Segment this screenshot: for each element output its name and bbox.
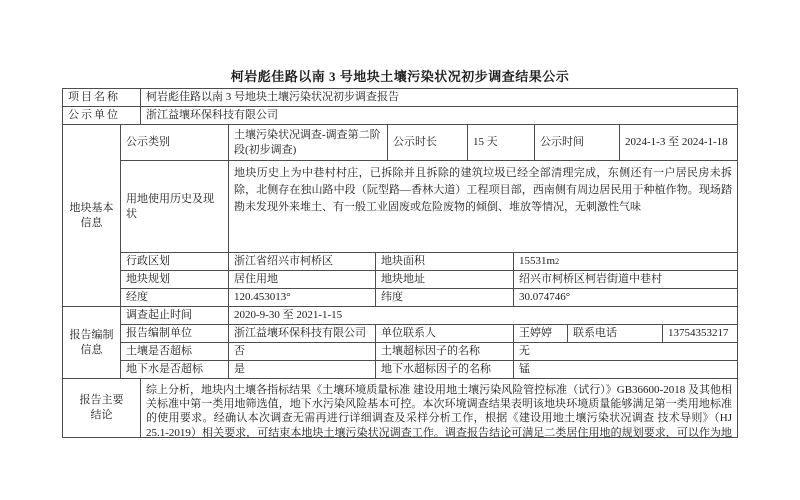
soil-factor-label: 土壤超标因子的名称 (376, 343, 514, 361)
planning-label: 地块规划 (121, 271, 229, 289)
table-row: 行政区划 浙江省绍兴市柯桥区 地块面积 15531m2 (121, 253, 738, 271)
table-row: 用地使用历史及现状 地块历史上为中巷村村庄，已拆除并且拆除的建筑垃圾已经全部清理… (121, 161, 738, 253)
groundwater-exceed-value: 是 (229, 361, 376, 379)
project-name-value: 柯岩彪佳路以南 3 号地块土壤污染状况初步调查报告 (141, 89, 738, 107)
soil-exceed-value: 否 (229, 343, 376, 361)
table-row: 报告编制单位 浙江益壤环保科技有限公司 单位联系人 王婷婷 联系电话 13754… (121, 325, 738, 343)
phone-value: 13754353217 (663, 325, 738, 343)
contact-value: 王婷婷 (514, 325, 568, 343)
survey-period-label: 调查起止时间 (121, 307, 229, 325)
publicity-time-label: 公示时间 (535, 125, 620, 161)
phone-label: 联系电话 (568, 325, 663, 343)
duration-label: 公示时长 (388, 125, 468, 161)
report-info-section: 报告编制信息 调查起止时间 2020-9-30 至 2021-1-15 报告编制… (63, 307, 738, 379)
soil-exceed-label: 土壤是否超标 (121, 343, 229, 361)
conclusion-text: 综上分析，地块内土壤各指标结果《土壤环境质量标准 建设用地土壤污染风险管控标准（… (146, 381, 732, 438)
table-row: 地下水是否超标 是 地下水超标因子的名称 锰 (121, 361, 738, 379)
publicity-unit-value: 浙江益壤环保科技有限公司 (141, 107, 738, 125)
publicity-time-value: 2024-1-3 至 2024-1-18 (620, 125, 738, 161)
publicity-type-label: 公示类别 (121, 125, 229, 161)
longitude-value: 120.453013° (229, 289, 376, 307)
table-row: 公示类别 土壤污染状况调查-调查第二阶段(初步调查) 公示时长 15 天 公示时… (121, 125, 738, 161)
project-name-label: 项目名称 (63, 89, 141, 107)
conclusion-label: 报告主要结论 (63, 379, 141, 438)
table-row: 调查起止时间 2020-9-30 至 2021-1-15 (121, 307, 738, 325)
basic-info-section: 地块基本信息 公示类别 土壤污染状况调查-调查第二阶段(初步调查) 公示时长 1… (63, 125, 738, 307)
area-number: 15531m (519, 254, 555, 269)
contact-label: 单位联系人 (376, 325, 514, 343)
publicity-type-value: 土壤污染状况调查-调查第二阶段(初步调查) (229, 125, 388, 161)
district-label: 行政区划 (121, 253, 229, 271)
document-page: 柯岩彪佳路以南 3 号地块土壤污染状况初步调查结果公示 项目名称 柯岩彪佳路以南… (0, 0, 800, 500)
report-unit-label: 报告编制单位 (121, 325, 229, 343)
basic-info-body: 公示类别 土壤污染状况调查-调查第二阶段(初步调查) 公示时长 15 天 公示时… (121, 125, 738, 307)
report-unit-value: 浙江益壤环保科技有限公司 (229, 325, 376, 343)
area-label: 地块面积 (376, 253, 514, 271)
table-row: 经度 120.453013° 纬度 30.074746° (121, 289, 738, 307)
district-value: 浙江省绍兴市柯桥区 (229, 253, 376, 271)
land-history-text: 地块历史上为中巷村村庄，已拆除并且拆除的建筑垃圾已经全部清理完成，东侧还有一户居… (234, 163, 732, 216)
document-title: 柯岩彪佳路以南 3 号地块土壤污染状况初步调查结果公示 (0, 66, 800, 85)
planning-value: 居住用地 (229, 271, 376, 289)
conclusion-section: 报告主要结论 综上分析，地块内土壤各指标结果《土壤环境质量标准 建设用地土壤污染… (63, 379, 738, 438)
survey-period-value: 2020-9-30 至 2021-1-15 (229, 307, 738, 325)
land-history-value: 地块历史上为中巷村村庄，已拆除并且拆除的建筑垃圾已经全部清理完成，东侧还有一户居… (229, 161, 738, 253)
address-label: 地块地址 (376, 271, 514, 289)
publicity-unit-label: 公示单位 (63, 107, 141, 125)
survey-result-table: 项目名称 柯岩彪佳路以南 3 号地块土壤污染状况初步调查报告 公示单位 浙江益壤… (62, 88, 738, 438)
land-history-label: 用地使用历史及现状 (121, 161, 229, 253)
groundwater-factor-label: 地下水超标因子的名称 (376, 361, 514, 379)
conclusion-label-text: 报告主要结论 (76, 393, 128, 423)
table-row: 项目名称 柯岩彪佳路以南 3 号地块土壤污染状况初步调查报告 (63, 89, 738, 107)
report-info-section-label: 报告编制信息 (63, 307, 121, 379)
address-value: 绍兴市柯桥区柯岩街道中巷村 (514, 271, 738, 289)
area-value: 15531m2 (514, 253, 738, 271)
table-row: 土壤是否超标 否 土壤超标因子的名称 无 (121, 343, 738, 361)
table-row: 地块规划 居住用地 地块地址 绍兴市柯桥区柯岩街道中巷村 (121, 271, 738, 289)
conclusion-value: 综上分析，地块内土壤各指标结果《土壤环境质量标准 建设用地土壤污染风险管控标准（… (141, 379, 738, 438)
latitude-value: 30.074746° (514, 289, 738, 307)
soil-factor-value: 无 (514, 343, 738, 361)
table-row: 公示单位 浙江益壤环保科技有限公司 (63, 107, 738, 125)
basic-info-section-label: 地块基本信息 (63, 125, 121, 307)
report-info-body: 调查起止时间 2020-9-30 至 2021-1-15 报告编制单位 浙江益壤… (121, 307, 738, 379)
duration-value: 15 天 (468, 125, 535, 161)
latitude-label: 纬度 (376, 289, 514, 307)
longitude-label: 经度 (121, 289, 229, 307)
groundwater-exceed-label: 地下水是否超标 (121, 361, 229, 379)
groundwater-factor-value: 锰 (514, 361, 738, 379)
